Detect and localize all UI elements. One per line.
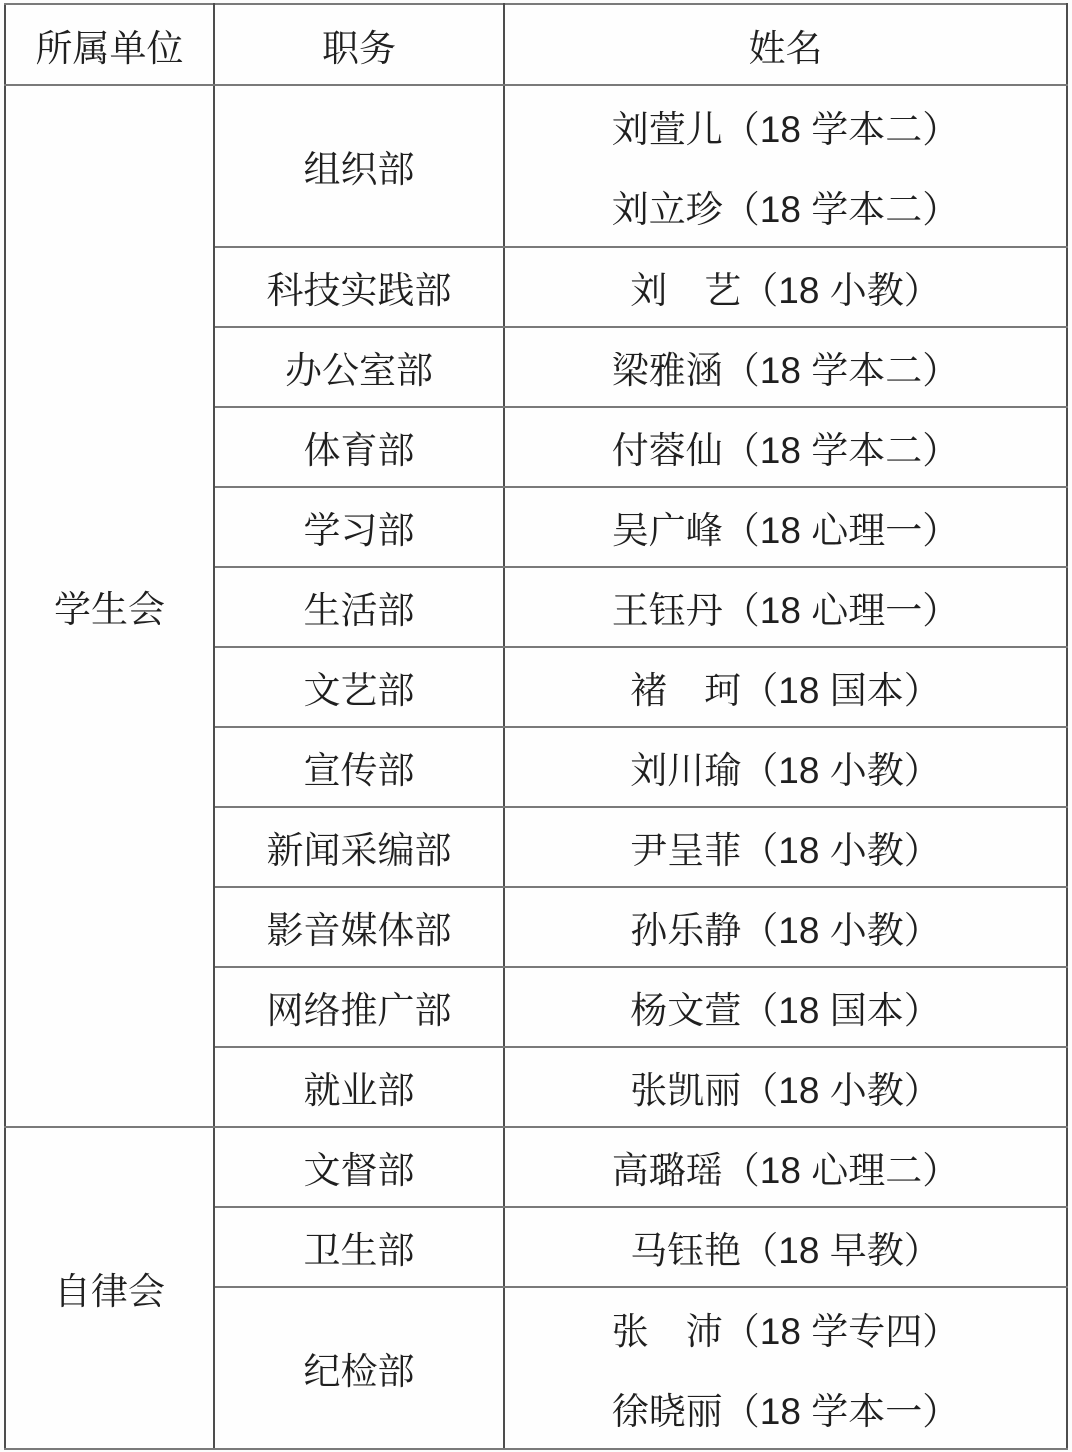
member-name: 刘萱儿（18 学本二） xyxy=(505,86,1066,166)
position-cell: 组织部 xyxy=(214,85,504,247)
unit-label: 学生会 xyxy=(6,566,213,646)
position-cell: 宣传部 xyxy=(214,727,504,807)
name-cell: 杨文萱（18 国本） xyxy=(504,967,1067,1047)
name-cell: 张 沛（18 学专四） 徐晓丽（18 学本一） xyxy=(504,1287,1067,1449)
table-row: 学生会 组织部 刘萱儿（18 学本二） 刘立珍（18 学本二） xyxy=(5,85,1067,247)
name-cell: 高璐瑶（18 心理二） xyxy=(504,1127,1067,1207)
position-cell: 办公室部 xyxy=(214,327,504,407)
name-cell: 孙乐静（18 小教） xyxy=(504,887,1067,967)
position-cell: 纪检部 xyxy=(214,1287,504,1449)
table-header-row: 所属单位 职务 姓名 xyxy=(5,4,1067,85)
position-cell: 影音媒体部 xyxy=(214,887,504,967)
name-cell: 刘萱儿（18 学本二） 刘立珍（18 学本二） xyxy=(504,85,1067,247)
name-cell: 吴广峰（18 心理一） xyxy=(504,487,1067,567)
position-cell: 网络推广部 xyxy=(214,967,504,1047)
position-cell: 体育部 xyxy=(214,407,504,487)
member-name: 徐晓丽（18 学本一） xyxy=(505,1368,1066,1448)
name-cell: 褚 珂（18 国本） xyxy=(504,647,1067,727)
unit-label: 自律会 xyxy=(6,1248,213,1328)
name-cell: 刘 艺（18 小教） xyxy=(504,247,1067,327)
position-cell: 就业部 xyxy=(214,1047,504,1127)
member-name: 张 沛（18 学专四） xyxy=(505,1288,1066,1368)
position-cell: 科技实践部 xyxy=(214,247,504,327)
name-column-header: 姓名 xyxy=(504,4,1067,85)
table-row: 自律会 文督部 高璐瑶（18 心理二） xyxy=(5,1127,1067,1207)
position-column-header: 职务 xyxy=(214,4,504,85)
position-cell: 文艺部 xyxy=(214,647,504,727)
name-cell: 付蓉仙（18 学本二） xyxy=(504,407,1067,487)
name-cell: 刘川瑜（18 小教） xyxy=(504,727,1067,807)
position-cell: 卫生部 xyxy=(214,1207,504,1287)
unit-cell-self-discipline: 自律会 xyxy=(5,1127,214,1449)
name-cell: 马钰艳（18 早教） xyxy=(504,1207,1067,1287)
position-label: 纪检部 xyxy=(215,1328,503,1408)
position-cell: 生活部 xyxy=(214,567,504,647)
org-roster-table: 所属单位 职务 姓名 学生会 组织部 刘萱儿（18 学本二） 刘立珍（18 学本… xyxy=(4,3,1068,1450)
position-cell: 新闻采编部 xyxy=(214,807,504,887)
name-cell: 尹呈菲（18 小教） xyxy=(504,807,1067,887)
position-cell: 学习部 xyxy=(214,487,504,567)
position-label: 组织部 xyxy=(215,126,503,206)
position-cell: 文督部 xyxy=(214,1127,504,1207)
name-cell: 张凯丽（18 小教） xyxy=(504,1047,1067,1127)
unit-column-header: 所属单位 xyxy=(5,4,214,85)
unit-cell-student-union: 学生会 xyxy=(5,85,214,1127)
member-name: 刘立珍（18 学本二） xyxy=(505,166,1066,246)
name-cell: 梁雅涵（18 学本二） xyxy=(504,327,1067,407)
name-cell: 王钰丹（18 心理一） xyxy=(504,567,1067,647)
